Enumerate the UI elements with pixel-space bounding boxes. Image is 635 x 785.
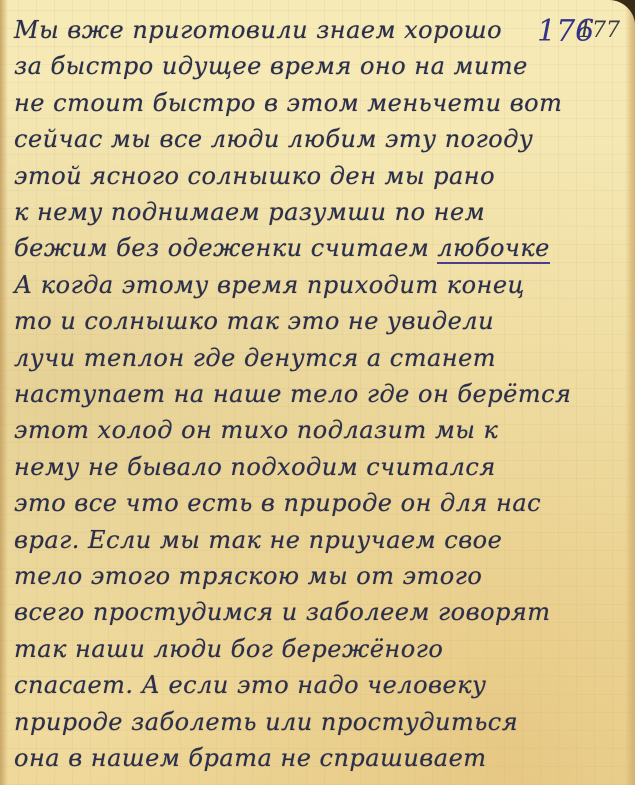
text-segment: бежим без одеженки считаем xyxy=(14,234,437,262)
text-line: наступает на наше тело где он берётся xyxy=(14,380,571,408)
text-line: к нему поднимаем разумши по нем xyxy=(14,198,485,226)
text-line: бежим без одеженки считаем любочке xyxy=(14,234,550,262)
text-line: этой ясного солнышко ден мы рано xyxy=(14,162,495,190)
page-binding-edge xyxy=(0,0,8,785)
text-line: то и солнышко так это не увидели xyxy=(14,307,494,335)
text-line: тело этого тряскою мы от этого xyxy=(14,562,482,590)
text-line: нему не бывало подходим считался xyxy=(14,453,496,481)
text-line: этот холод он тихо подлазит мы к xyxy=(14,416,498,444)
page-outer-edge xyxy=(625,0,635,785)
text-line: так наши люди бог бережёного xyxy=(14,635,443,663)
underlined-word: любочке xyxy=(437,234,549,264)
text-line: Мы вже приготовили знаем хорошо xyxy=(14,16,502,44)
page-number-handwritten: 177 xyxy=(578,18,620,43)
text-line: не стоит быстро в этом меньчети вот xyxy=(14,89,562,117)
text-line: лучи теплон где денутся а станет xyxy=(14,344,496,372)
text-line: всего простудимся и заболеем говорят xyxy=(14,598,551,626)
text-line: она в нашем брата не спрашивает xyxy=(14,744,487,772)
notebook-page: 176 177 Мы вже приготовили знаем хорошоз… xyxy=(0,0,635,785)
text-line: враг. Если мы так не приучаем свое xyxy=(14,526,502,554)
text-line: природе заболеть или простудиться xyxy=(14,708,518,736)
text-line: сейчас мы все люди любим эту погоду xyxy=(14,125,533,153)
text-line: за быстро идущее время оно на мите xyxy=(14,52,528,80)
text-line: А когда этому время приходит конец xyxy=(14,271,525,299)
text-line: спасает. А если это надо человеку xyxy=(14,671,486,699)
text-line: это все что есть в природе он для нас xyxy=(14,489,541,517)
